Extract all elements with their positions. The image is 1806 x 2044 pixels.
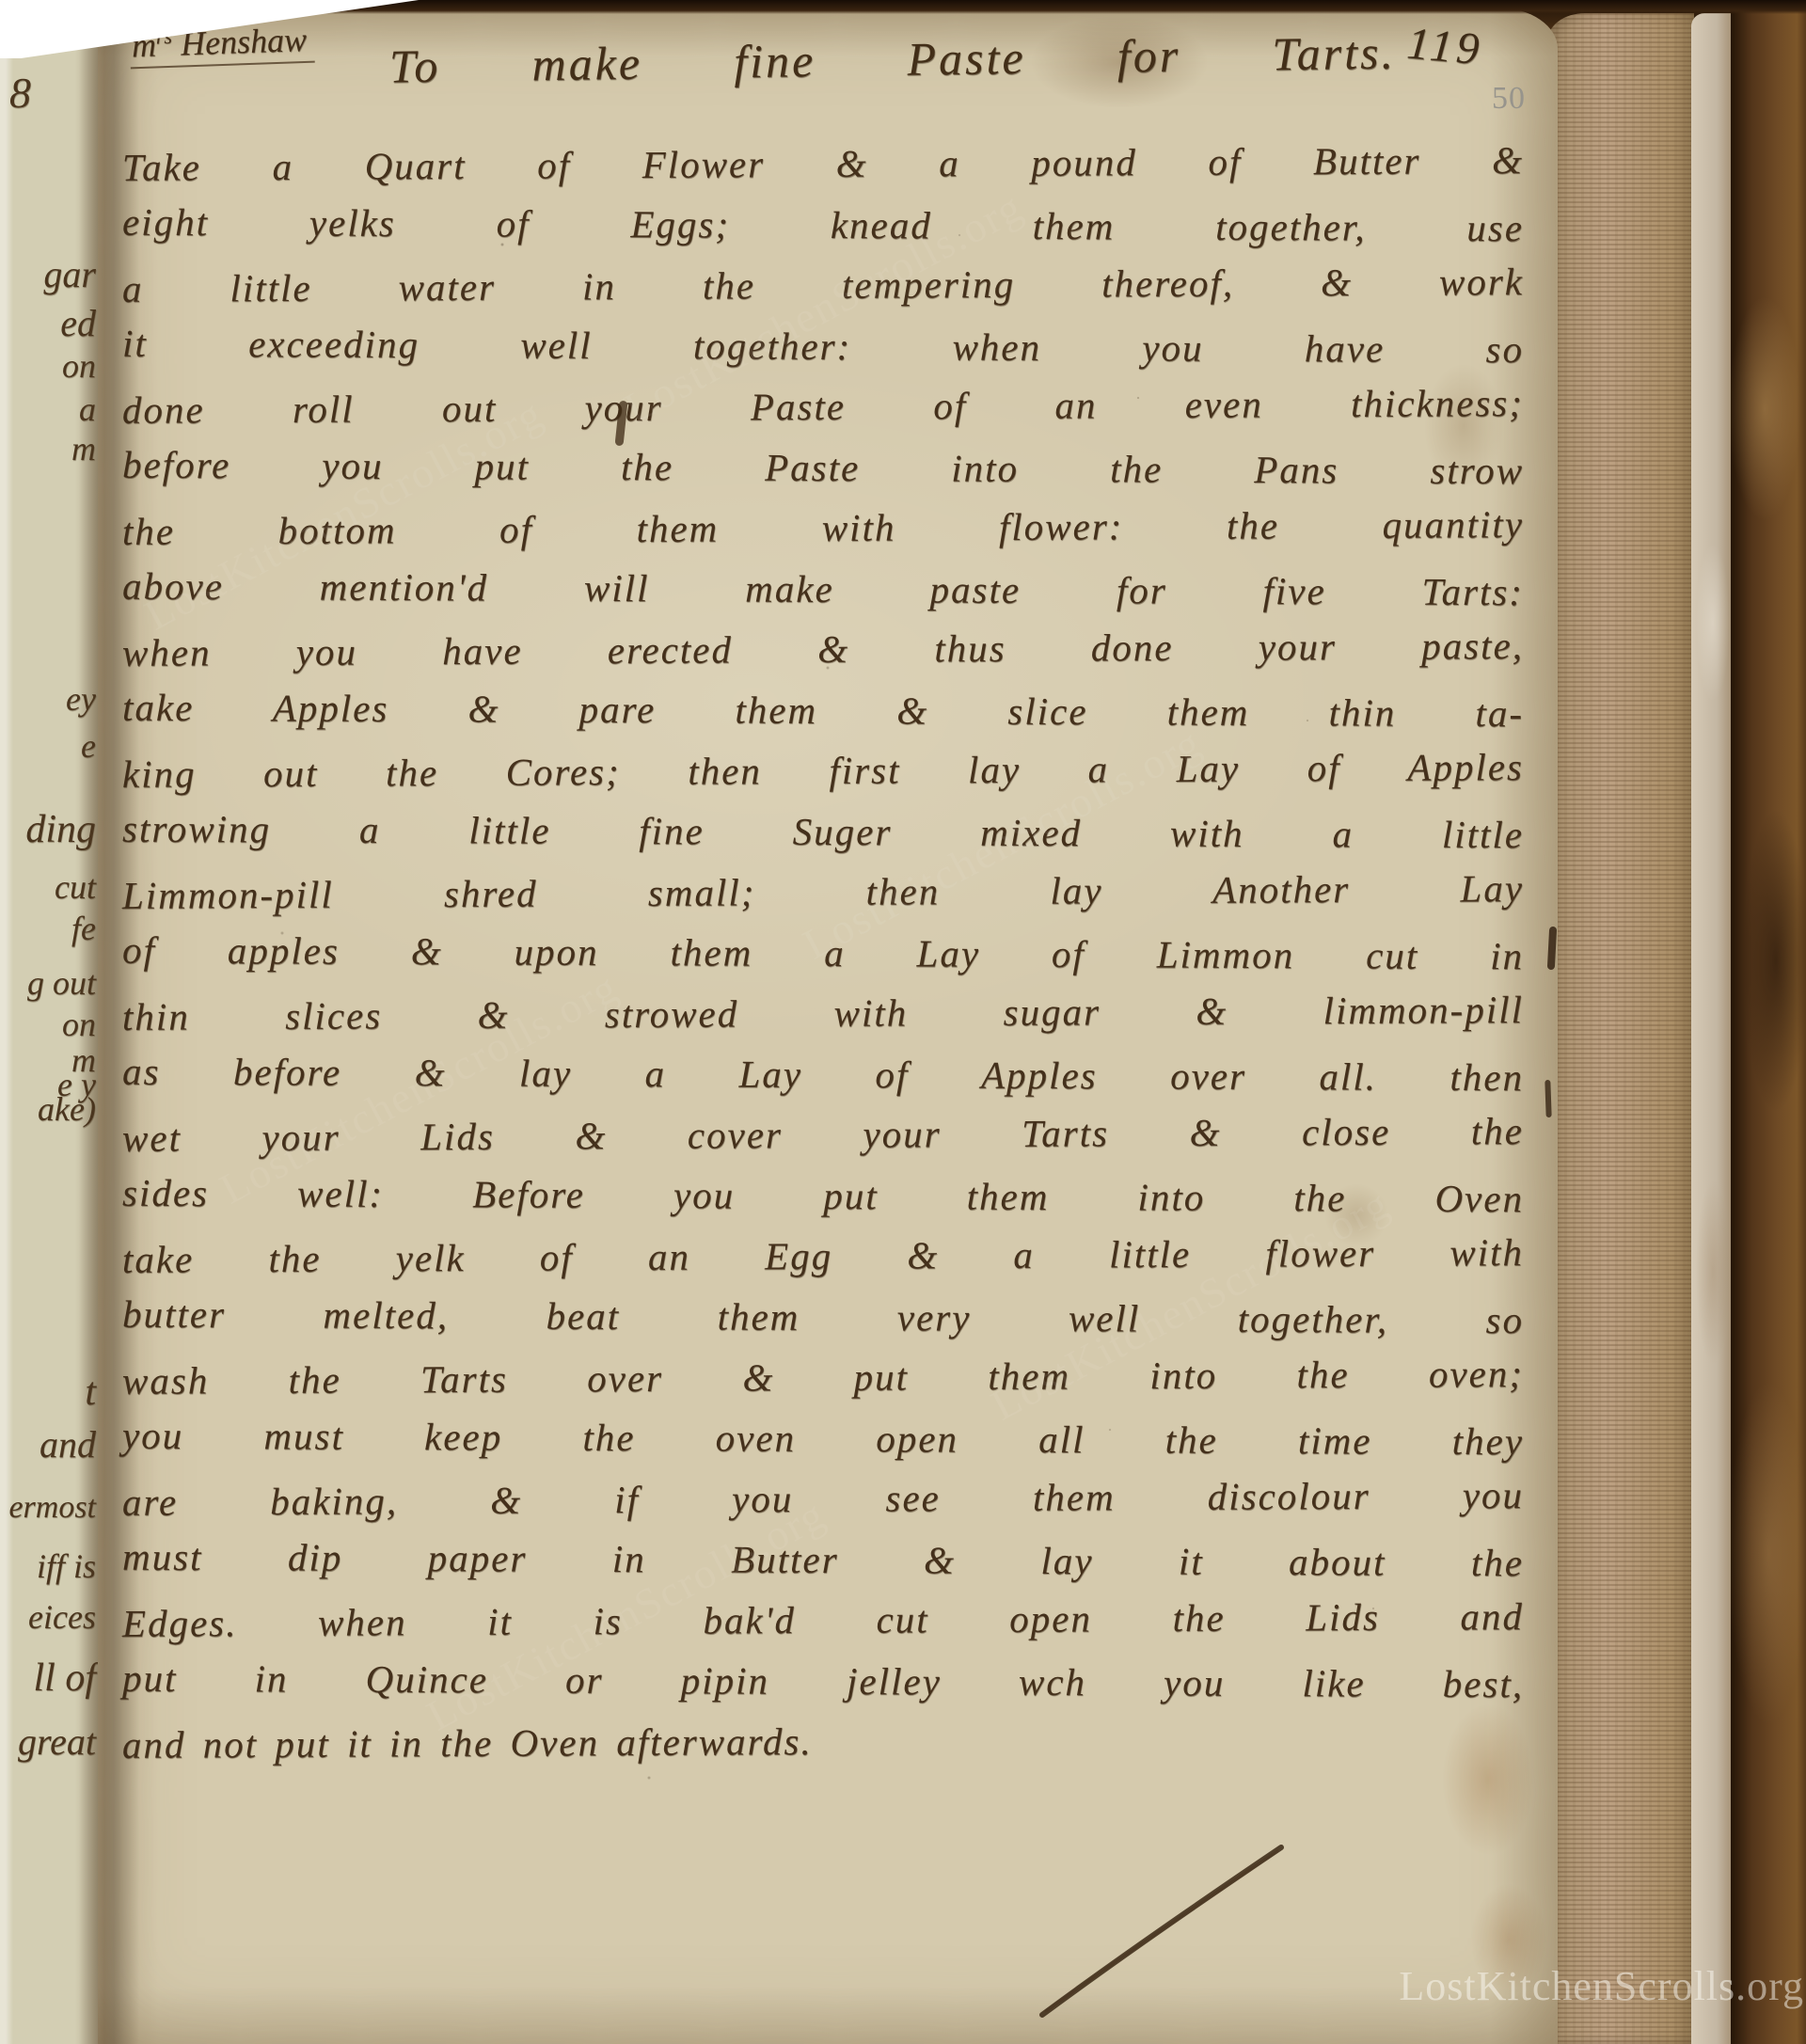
leather-cover	[1731, 0, 1806, 2044]
recipe-line: thin slices & strowed with sugar & limmo…	[122, 987, 1524, 1054]
vellum-endpaper-strip	[1691, 13, 1735, 2044]
recipe-line: Edges. when it is bak'd cut open the Lid…	[122, 1593, 1524, 1661]
recipe-line: are baking, & if you see them discolour …	[122, 1472, 1524, 1540]
recipe-line: when you have erected & thus done your p…	[122, 623, 1524, 690]
pencil-folio-number: 50	[1492, 81, 1526, 117]
recipe-line: king out the Cores; then first lay a Lay…	[122, 744, 1524, 812]
recipe-line: wash the Tarts over & put them into the …	[122, 1351, 1524, 1418]
recipe-line: it exceeding well together: when you hav…	[122, 320, 1524, 387]
recipe-line: of apples & upon them a Lay of Limmon cu…	[122, 927, 1524, 993]
manuscript-page: mrs Henshaw To make fine Paste for Tarts…	[98, 8, 1558, 2044]
recipe-line: as before & lay a Lay of Apples over all…	[122, 1048, 1524, 1115]
recipe-line: must dip paper in Butter & lay it about …	[122, 1533, 1524, 1600]
manuscript-photo: 8 gar ed on a m ey e ding cut fe g out o…	[0, 0, 1806, 2044]
fragment-text: 8	[9, 68, 31, 118]
recipe-line: strowing a little fine Suger mixed with …	[122, 805, 1524, 872]
recipe-line: wet your Lids & cover your Tarts & close…	[122, 1108, 1524, 1176]
recipe-line: put in Quince or pipin jelley wch you li…	[122, 1655, 1524, 1721]
recipe-line: before you put the Paste into the Pans s…	[122, 441, 1524, 508]
recipe-line: Take a Quart of Flower & a pound of Butt…	[122, 137, 1524, 205]
recipe-line: butter melted, beat them very well toget…	[122, 1291, 1524, 1357]
recipe-line: above mention'd will make paste for five…	[122, 562, 1524, 629]
recipe-line: a little water in the tempering thereof,…	[122, 259, 1524, 326]
recipe-line: you must keep the oven open all the time…	[122, 1412, 1524, 1479]
recipe-line: take the yelk of an Egg & a little flowe…	[122, 1229, 1524, 1297]
watermark-site: LostKitchenScrolls.org	[1399, 1962, 1804, 2010]
book-page-edges	[1547, 13, 1694, 2044]
recipe-title: To make fine Paste for Tarts.	[389, 25, 1397, 94]
book-gutter-shadow	[79, 0, 139, 2044]
recipe-line: eight yelks of Eggs; knead them together…	[122, 198, 1524, 265]
recipe-line: take Apples & pare them & slice them thi…	[122, 684, 1524, 751]
page-number: 119	[1405, 18, 1485, 76]
pen-stroke-mark	[1025, 1834, 1307, 2032]
recipe-line: sides well: Before you put them into the…	[122, 1169, 1524, 1236]
recipe-line: done roll out your Paste of an even thic…	[122, 380, 1524, 448]
recipe-line: the bottom of them with flower: the quan…	[122, 501, 1524, 569]
recipe-line: and not put it in the Oven afterwards.	[122, 1715, 1524, 1783]
recipe-body: Take a Quart of Flower & a pound of Butt…	[122, 141, 1524, 1780]
recipe-line: Limmon-pill shred small; then lay Anothe…	[122, 865, 1524, 933]
